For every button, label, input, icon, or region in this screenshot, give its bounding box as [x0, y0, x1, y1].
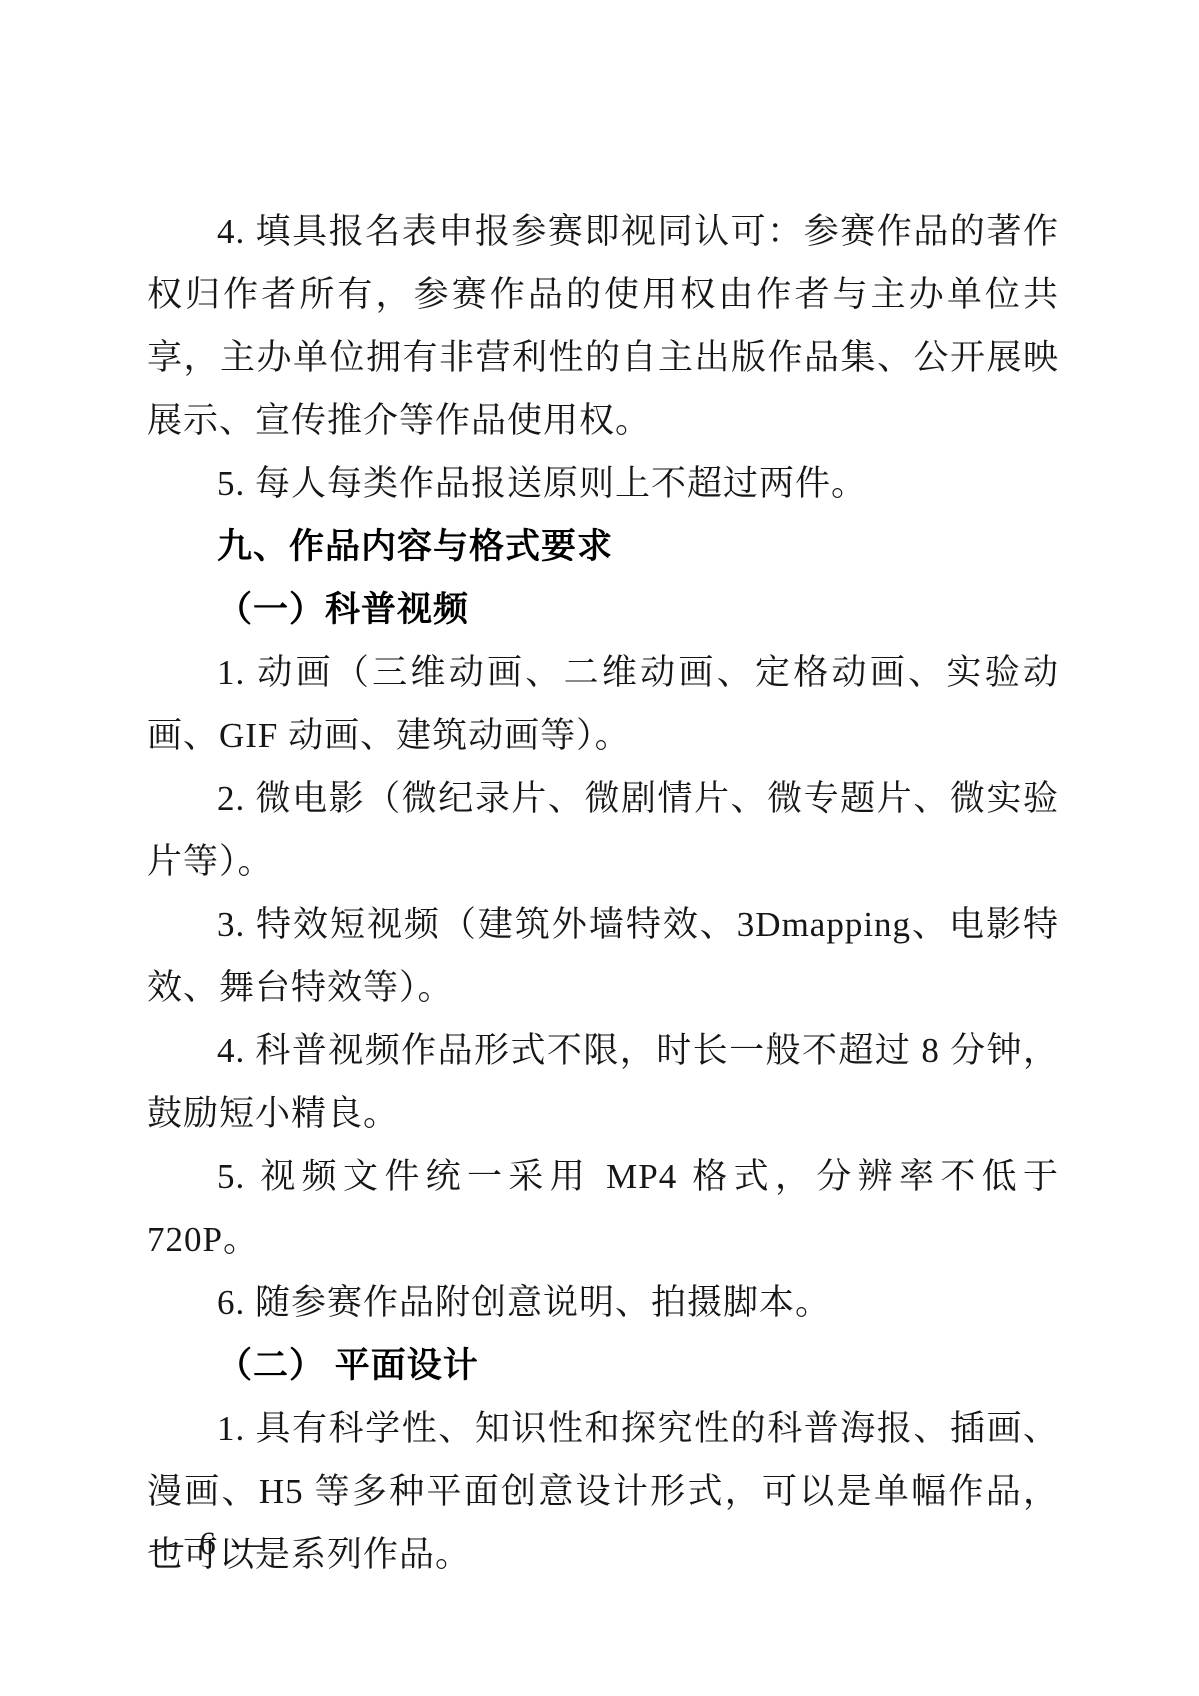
subsection-heading: （一）科普视频	[147, 578, 1059, 641]
paragraph: 1. 动画（三维动画、二维动画、定格动画、实验动画、GIF 动画、建筑动画等）。	[147, 641, 1059, 767]
page-number: — 6 —	[150, 1522, 269, 1566]
subsection-heading: （二） 平面设计	[147, 1334, 1059, 1397]
document-page: 4. 填具报名表申报参赛即视同认可：参赛作品的著作权归作者所有，参赛作品的使用权…	[0, 0, 1199, 1696]
paragraph: 3. 特效短视频（建筑外墙特效、3Dmapping、电影特效、舞台特效等）。	[147, 893, 1059, 1019]
paragraph: 4. 科普视频作品形式不限，时长一般不超过 8 分钟，鼓励短小精良。	[147, 1019, 1059, 1145]
document-body: 4. 填具报名表申报参赛即视同认可：参赛作品的著作权归作者所有，参赛作品的使用权…	[147, 200, 1059, 1586]
paragraph: 4. 填具报名表申报参赛即视同认可：参赛作品的著作权归作者所有，参赛作品的使用权…	[147, 200, 1059, 452]
paragraph: 5. 每人每类作品报送原则上不超过两件。	[147, 452, 1059, 515]
paragraph: 6. 随参赛作品附创意说明、拍摄脚本。	[147, 1271, 1059, 1334]
paragraph: 1. 具有科学性、知识性和探究性的科普海报、插画、漫画、H5 等多种平面创意设计…	[147, 1397, 1059, 1586]
section-heading: 九、作品内容与格式要求	[147, 515, 1059, 578]
paragraph: 2. 微电影（微纪录片、微剧情片、微专题片、微实验片等）。	[147, 767, 1059, 893]
paragraph: 5. 视频文件统一采用 MP4 格式，分辨率不低于 720P。	[147, 1145, 1059, 1271]
